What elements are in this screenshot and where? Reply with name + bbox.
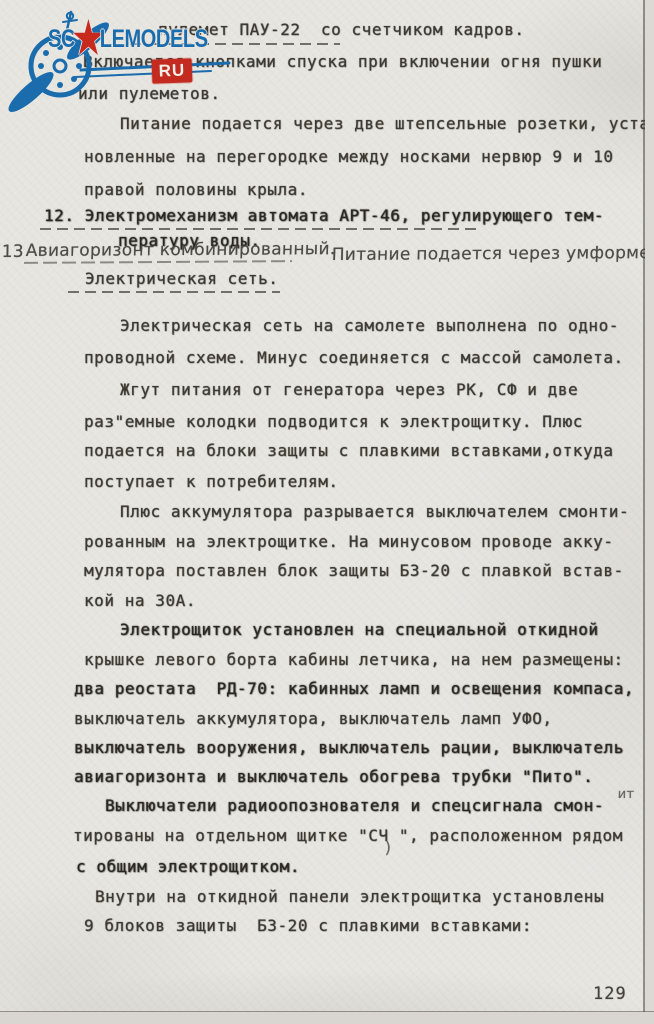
list-item-12: 12. Электромеханизм автомата АРТ-46, рег… [44, 206, 604, 226]
text-line: крышке левого борта кабины летчика, на н… [84, 650, 624, 670]
handwritten-item-text: Авиагоризонт комбинированный. [25, 239, 335, 261]
brand-sc: SC [48, 25, 75, 53]
handwritten-margin-note: ит [617, 785, 634, 805]
text-line: Питание подается через две штепсельные р… [120, 114, 654, 134]
handwritten-item-number: 13 [1, 242, 24, 262]
page-number: 129 [593, 984, 627, 1004]
scanned-document-page: пулемет ПАУ-22 со счетчиком кадров. Вклю… [0, 0, 654, 1024]
text-line: правой половины крыла. [84, 180, 308, 200]
section-heading: Электрическая сеть. [85, 269, 278, 289]
text-line: Внутри на откидной панели электрощитка у… [95, 887, 604, 907]
text-line: раз"емные колодки подводится к электрощи… [84, 412, 583, 432]
underline [40, 228, 477, 230]
text-line: Жгут питания от генератора через РК, СФ … [120, 380, 578, 400]
text-line: выключатель аккумулятора, выключатель ла… [74, 709, 553, 729]
text-line: подается на блоки защиты с плавкими вста… [84, 441, 614, 461]
underline [68, 291, 280, 293]
watermark-logo: SC★LEMODELS RU [5, 8, 240, 113]
scan-edge-strip [645, 0, 654, 1024]
text-line: проводной схеме. Минус соединяется с мас… [84, 348, 624, 368]
text-line: мулятора поставлен блок защиты БЗ-20 с п… [84, 561, 624, 581]
text-line: выключатель вооружения, выключатель раци… [74, 738, 624, 758]
scan-edge-bottom-strip [0, 1012, 654, 1024]
text-line: два реостата РД-70: кабинных ламп и осве… [74, 679, 634, 699]
handwritten-inserted-mark: ) [384, 838, 391, 858]
text-line: Электрическая сеть на самолете выполнена… [120, 316, 619, 336]
text-line: кой на 30А. [84, 591, 196, 611]
text-line: рованным на электрощитке. На минусовом п… [84, 532, 614, 552]
text-line: 9 блоков защиты БЗ-20 с плавкими вставка… [84, 916, 532, 936]
brand-lemodels: LEMODELS [100, 25, 208, 53]
text-line: тированы на отдельном щитке "СЧ ", распо… [73, 826, 623, 846]
brand-text: SC★LEMODELS [48, 24, 208, 54]
text-line: новленные на перегородке между носками н… [84, 147, 614, 167]
text-line: авиагоризонта и выключатель обогрева тру… [74, 767, 593, 787]
text-line: Выключатели радиоопознователя и спецсигн… [105, 796, 604, 816]
text-line: с общим электрощитком. [76, 857, 300, 877]
text-line: Электрощиток установлен на специальной о… [120, 620, 599, 640]
scan-edge-vertical-line [643, 0, 645, 1013]
text-line: Плюс аккумулятора разрывается выключател… [120, 502, 629, 522]
ru-badge: RU [152, 58, 193, 83]
text-line: поступает к потребителям. [84, 472, 339, 492]
handwritten-note: Питание подается через умформер: [331, 243, 654, 265]
